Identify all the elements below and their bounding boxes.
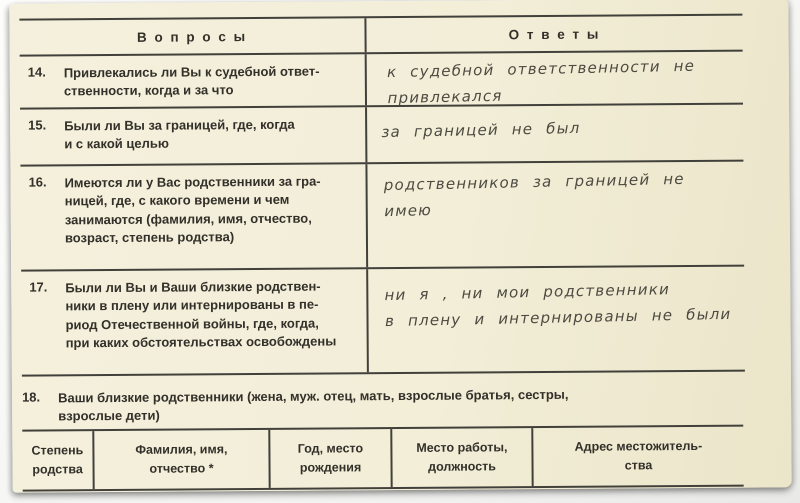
questions-answers-table: В о п р о с ы О т в е т ы 14. Привлекали…	[19, 14, 744, 377]
answer-17-cell: ни я , ни мои родственники в плену и инт…	[366, 267, 745, 373]
table-row-question-16: 16. Имеются ли у Вас родственники за гра…	[20, 162, 744, 272]
question-17-text: Были ли Вы и Ваши близкие родствен- ники…	[65, 277, 361, 374]
relatives-col-degree-of-kinship: Степень родства	[22, 431, 92, 489]
question-14-cell: 14. Привлекались ли Вы к судебной ответ-…	[20, 54, 365, 107]
table-row-question-17: 17. Были ли Вы и Ваши близкие родствен- …	[21, 267, 745, 375]
answer-16-handwriting: родственников за границей не имею	[383, 165, 740, 225]
questions-column-header: В о п р о с ы	[19, 18, 364, 54]
answer-15-cell: за границей не был	[365, 105, 743, 163]
scanned-questionnaire-page: В о п р о с ы О т в е т ы 14. Привлекали…	[9, 0, 791, 493]
question-17-cell: 17. Были ли Вы и Ваши близкие родствен- …	[21, 269, 367, 374]
relatives-table-header-row: Степень родства Фамилия, имя, отчество *…	[22, 425, 743, 492]
table-header-row: В о п р о с ы О т в е т ы	[19, 16, 742, 57]
relatives-col-year-place-of-birth: Год, место рождения	[268, 429, 390, 488]
question-18-text: Ваши близкие родственники (жена, муж. от…	[58, 385, 737, 427]
relatives-col-address: Адрес местожитель- ства	[531, 427, 743, 486]
table-row-question-15: 15. Были ли Вы за границей, где, когда и…	[20, 105, 743, 167]
table-row-question-14: 14. Привлекались ли Вы к судебной ответ-…	[20, 52, 743, 110]
answer-16-cell: родственников за границей не имею	[365, 162, 744, 268]
question-14-text: Привлекались ли Вы к судебной ответ- ств…	[64, 62, 359, 107]
question-17-number: 17.	[29, 279, 66, 374]
relatives-col-full-name: Фамилия, имя, отчество *	[92, 430, 268, 489]
question-15-text: Были ли Вы за границей, где, когда и с к…	[64, 115, 359, 164]
answer-15-handwriting: за границей не был	[381, 112, 739, 146]
answer-17-handwriting: ни я , ни мои родственники в плену и инт…	[384, 275, 741, 335]
answer-14-cell: к судебной ответственности не привлекалс…	[365, 52, 743, 106]
question-16-text: Имеются ли у Вас родственники за гра- ни…	[64, 172, 360, 269]
question-18-row: 18. Ваши близкие родственники (жена, муж…	[22, 385, 737, 427]
answers-column-header: О т в е т ы	[364, 16, 742, 53]
question-14-number: 14.	[28, 64, 64, 107]
answer-14-handwriting: к судебной ответственности не привлекалс…	[387, 52, 740, 112]
question-16-cell: 16. Имеются ли у Вас родственники за гра…	[20, 164, 366, 269]
relatives-col-workplace-position: Место работы, должность	[390, 428, 531, 487]
question-15-cell: 15. Были ли Вы за границей, где, когда и…	[20, 107, 365, 164]
question-18-number: 18.	[22, 389, 58, 426]
question-16-number: 16.	[28, 174, 65, 269]
question-15-number: 15.	[28, 117, 64, 164]
